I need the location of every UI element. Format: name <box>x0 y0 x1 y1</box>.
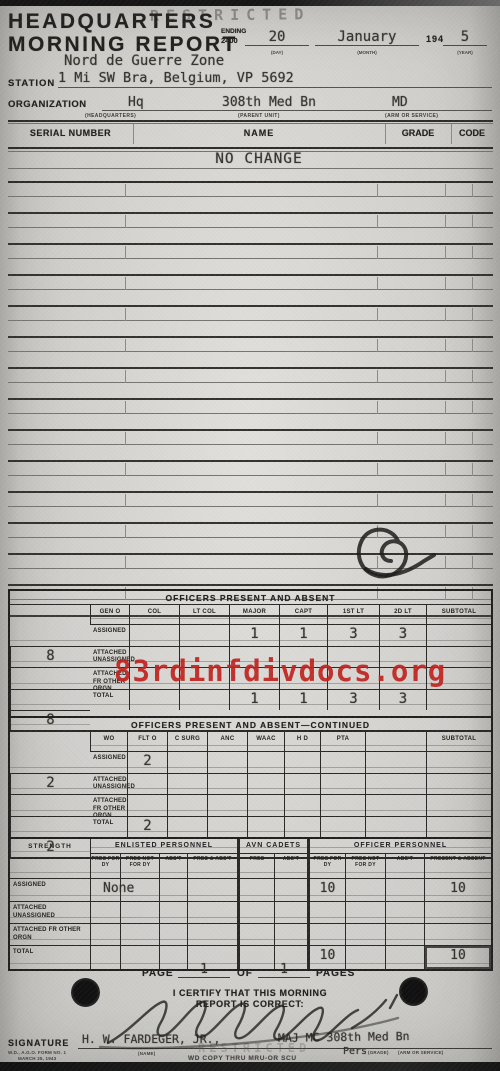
blank-row <box>8 555 493 586</box>
arm-service-label-bottom: (ARM OR SERVICE) <box>398 1050 443 1055</box>
row-label: ASSIGNED <box>90 751 127 773</box>
station-field: 1 Mi SW Bra, Belgium, VP 5692 <box>58 70 492 88</box>
group-header-enlisted: ENLISTED PERSONNEL <box>90 839 237 853</box>
col-header: 2D LT <box>379 605 426 624</box>
sub-col-header: PRES NOT FOR DY <box>120 853 159 878</box>
table-cell: 1 <box>279 689 327 711</box>
sub-col-header: PRES NOT FOR DY <box>345 853 385 878</box>
table-cell <box>167 751 207 773</box>
table-cell <box>385 878 424 901</box>
row-label: ATTACHED UNASSIGNED <box>90 773 127 795</box>
page-number-field: 1 <box>178 962 230 978</box>
table-cell <box>247 816 284 838</box>
strength-grid: STRENGTH ENLISTED PERSONNEL AVN CADETS O… <box>10 839 491 969</box>
table-cell <box>207 794 247 816</box>
table-cell <box>426 794 491 816</box>
table-cell <box>365 751 426 773</box>
table-cell <box>424 923 491 945</box>
table-cell <box>345 901 385 923</box>
table-cell <box>284 773 320 795</box>
table-cell <box>207 816 247 838</box>
blank-row <box>8 369 493 400</box>
table-cell <box>426 751 491 773</box>
col-header: PTA <box>320 732 365 751</box>
col-header: CAPT <box>279 605 327 624</box>
table-cell <box>247 794 284 816</box>
table-cell: 1 <box>229 689 279 711</box>
officers-continued-title: OFFICERS PRESENT AND ABSENT—CONTINUED <box>10 718 491 732</box>
table-cell: 2 <box>127 816 167 838</box>
blank-row <box>8 431 493 462</box>
officers-table-title: OFFICERS PRESENT AND ABSENT <box>10 591 491 605</box>
table-cell: 8 <box>10 646 90 668</box>
table-cell: None <box>90 878 120 901</box>
table-cell <box>159 923 187 945</box>
sub-col-header: PRES FOR DY <box>90 853 120 878</box>
col-header-code: CODE <box>451 128 493 138</box>
ending-label: ENDING 2400 <box>221 27 246 47</box>
table-cell <box>127 794 167 816</box>
blank-row <box>8 338 493 369</box>
table-cell <box>167 794 207 816</box>
sub-col-header: ABS'T <box>159 853 187 878</box>
table-cell <box>247 751 284 773</box>
table-cell <box>385 945 424 969</box>
table-cell <box>179 689 229 711</box>
col-header: WAAC <box>247 732 284 751</box>
table-cell <box>90 945 120 969</box>
table-cell <box>365 816 426 838</box>
col-header: SUBTOTAL <box>426 732 491 751</box>
table-cell <box>345 945 385 969</box>
year-prefix: 194 <box>426 34 444 44</box>
table-cell <box>426 816 491 838</box>
table-cell <box>187 923 237 945</box>
col-header: WO <box>90 732 127 751</box>
station-label: STATION <box>8 78 55 89</box>
table-cell <box>284 816 320 838</box>
roster-top-rule2 <box>8 123 493 124</box>
table-cell: 10 <box>424 878 491 901</box>
col-header-serial: SERIAL NUMBER <box>8 128 133 138</box>
col-header: SUBTOTAL <box>426 605 491 624</box>
copy-note: WD COPY THRU MRU-OR SCU <box>188 1055 297 1062</box>
blank-row <box>8 462 493 493</box>
pers-note: Pers <box>343 1046 367 1057</box>
table-cell <box>385 923 424 945</box>
arm-service-label: (ARM OR SERVICE) <box>385 113 438 119</box>
form-date: MARCH 25, 1943 <box>18 1056 56 1061</box>
table-cell: 1 <box>229 624 279 646</box>
corner-cell <box>10 732 90 773</box>
roster-vline <box>451 124 452 144</box>
date-month-field: January <box>315 29 419 46</box>
pages-label: PAGES <box>316 968 355 979</box>
blank-row <box>8 400 493 431</box>
table-cell: 2 <box>127 751 167 773</box>
row-label: ASSIGNED <box>10 878 90 901</box>
row-label: TOTAL <box>90 689 129 711</box>
table-cell <box>167 773 207 795</box>
table-cell <box>10 816 90 838</box>
table-cell <box>187 901 237 923</box>
table-cell: 1 <box>279 624 327 646</box>
blank-row <box>8 493 493 524</box>
table-cell <box>90 901 120 923</box>
table-cell <box>424 901 491 923</box>
group-header-officer: OFFICER PERSONNEL <box>307 839 491 853</box>
organization-hq-field: Hq <box>128 95 144 110</box>
roster-entry: NO CHANGE <box>133 151 385 167</box>
table-cell <box>120 878 159 901</box>
table-cell <box>207 773 247 795</box>
table-cell <box>426 624 491 646</box>
row-label: TOTAL <box>90 816 127 838</box>
col-header: 1ST LT <box>327 605 379 624</box>
table-cell <box>237 878 274 901</box>
sub-col-header: PRES <box>237 853 274 878</box>
table-cell <box>284 794 320 816</box>
col-header: COL <box>129 605 179 624</box>
table-cell <box>127 773 167 795</box>
blank-row <box>8 524 493 555</box>
col-header: MAJOR <box>229 605 279 624</box>
year-label: (YEAR) <box>443 50 487 55</box>
table-cell <box>207 751 247 773</box>
watermark: 83rdinfdivdocs.org <box>114 654 446 688</box>
table-cell <box>345 923 385 945</box>
row-label: ATTACHED FR OTHER ORGN <box>10 923 90 945</box>
table-cell <box>426 773 491 795</box>
table-cell <box>365 773 426 795</box>
blank-row <box>8 214 493 245</box>
certify-line1: I CERTIFY THAT THIS MORNING <box>0 988 500 998</box>
table-cell <box>320 773 365 795</box>
row-label: ASSIGNED <box>90 624 129 646</box>
roster-head-underrule <box>8 147 493 149</box>
sub-col-header: PRES & ABS'T <box>187 853 237 878</box>
strength-corner: STRENGTH <box>10 839 90 878</box>
table-cell <box>129 689 179 711</box>
col-header: H D <box>284 732 320 751</box>
col-header: FLT O <box>127 732 167 751</box>
signature-label: SIGNATURE <box>8 1038 69 1048</box>
table-cell: 10 <box>307 878 345 901</box>
headquarters-label: (HEADQUARTERS) <box>85 113 136 119</box>
grade-label: (GRADE) <box>368 1050 389 1055</box>
table-cell: 10 <box>424 945 491 969</box>
table-cell: 2 <box>10 773 90 795</box>
table-cell <box>320 794 365 816</box>
table-cell: 3 <box>327 689 379 711</box>
table-cell <box>159 901 187 923</box>
corner-cell <box>10 605 90 646</box>
restricted-stamp-bottom: RESTRICTED <box>198 1041 310 1055</box>
form-number: W.D., A.G.O. FORM NO. 1 <box>8 1050 66 1055</box>
sub-col-header: ABS'T <box>274 853 307 878</box>
table-cell <box>247 773 284 795</box>
table-cell <box>10 667 90 689</box>
morning-report-scan: RESTRICTED HEADQUARTERS MORNING REPORT E… <box>0 0 500 1071</box>
col-header: LT COL <box>179 605 229 624</box>
col-header: GEN O <box>90 605 129 624</box>
table-cell: 10 <box>307 945 345 969</box>
pages-count-field: 1 <box>258 962 310 978</box>
blank-roster-rows <box>8 183 493 617</box>
table-cell <box>120 923 159 945</box>
table-cell <box>10 794 90 816</box>
table-cell <box>179 624 229 646</box>
roster-vline <box>385 124 386 144</box>
table-cell <box>365 794 426 816</box>
table-cell <box>426 689 491 711</box>
table-cell <box>237 901 274 923</box>
table-cell: 3 <box>379 689 426 711</box>
date-day-field: 20 <box>245 29 309 46</box>
strength-table: STRENGTH ENLISTED PERSONNEL AVN CADETS O… <box>8 837 493 971</box>
sub-col-header: ABS'T <box>385 853 424 878</box>
certify-line2: REPORT IS CORRECT: <box>0 999 500 1009</box>
day-label: (DAY) <box>245 50 309 55</box>
organization-arm-field: MD <box>392 95 408 110</box>
blank-row <box>8 245 493 276</box>
table-cell <box>274 878 307 901</box>
entry-mid-line <box>8 168 493 169</box>
blank-row <box>8 276 493 307</box>
table-cell: 3 <box>379 624 426 646</box>
table-cell <box>159 878 187 901</box>
roster-vline <box>133 124 134 144</box>
table-cell <box>274 923 307 945</box>
row-label: ATTACHED UNASSIGNED <box>10 901 90 923</box>
zone-field: Nord de Guerre Zone <box>64 53 224 69</box>
roster-top-rule <box>8 120 493 122</box>
table-cell <box>120 945 159 969</box>
name-label: (NAME) <box>138 1051 155 1056</box>
col-header <box>365 732 426 751</box>
date-year-field: 5 <box>443 29 487 46</box>
blank-row <box>8 183 493 214</box>
table-cell <box>129 624 179 646</box>
parent-unit-label: (PARENT UNIT) <box>238 113 280 119</box>
form-title-line1: HEADQUARTERS <box>8 10 215 34</box>
group-header-avn-cadets: AVN CADETS <box>237 839 307 853</box>
page-label: PAGE <box>142 968 174 979</box>
table-cell <box>320 816 365 838</box>
table-cell <box>90 923 120 945</box>
col-header: ANC <box>207 732 247 751</box>
table-cell <box>385 901 424 923</box>
table-cell <box>120 901 159 923</box>
table-cell <box>307 901 345 923</box>
sub-col-header: PRESENT & ABSENT <box>424 853 491 878</box>
col-header: C SURG <box>167 732 207 751</box>
organization-parent-field: 308th Med Bn <box>222 95 316 110</box>
table-cell <box>320 751 365 773</box>
table-cell <box>345 878 385 901</box>
table-cell <box>10 689 90 711</box>
col-header-name: NAME <box>133 128 385 138</box>
month-label: (MONTH) <box>315 50 419 55</box>
row-label: ATTACHED FR OTHER ORGN <box>90 794 127 816</box>
organization-label: ORGANIZATION <box>8 99 87 110</box>
sub-col-header: PRES FOR DY <box>307 853 345 878</box>
table-cell <box>274 901 307 923</box>
table-cell <box>307 923 345 945</box>
table-cell <box>284 751 320 773</box>
row-label: TOTAL <box>10 945 90 969</box>
scan-edge-bottom <box>0 1062 500 1071</box>
table-cell <box>167 816 207 838</box>
blank-row <box>8 307 493 338</box>
table-cell <box>187 878 237 901</box>
table-cell <box>237 923 274 945</box>
table-cell: 3 <box>327 624 379 646</box>
of-label: OF <box>237 968 253 979</box>
col-header-grade: GRADE <box>385 128 451 138</box>
